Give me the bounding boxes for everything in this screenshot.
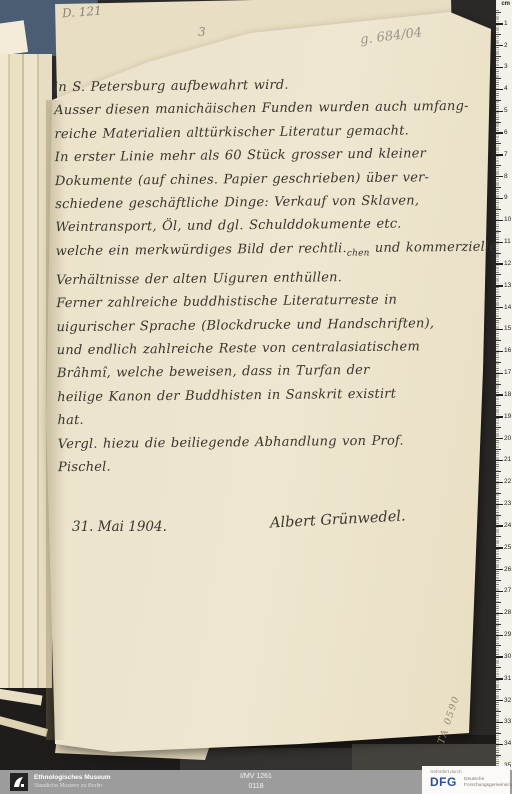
ruler-tick-cm [496,460,503,461]
ruler-number: 2 [504,42,508,49]
ruler-tick-half [496,645,501,646]
ruler-tick-half [496,427,501,428]
ruler-tick-half [496,733,501,734]
ruler-unit-label: cm [501,1,510,7]
ruler-tick-cm [496,416,503,417]
ruler-tick-cm [496,613,503,614]
ruler-tick-half [496,231,501,232]
ruler-number: 23 [504,500,511,507]
ruler-number: 28 [504,609,511,616]
ruler-tick-half [496,143,501,144]
inserted-word: chen [347,248,370,258]
ruler-tick-cm [496,591,503,592]
ruler-tick-cm [496,89,503,90]
ruler-number: 7 [504,151,508,158]
dfg-acronym: DFG [430,775,457,789]
ruler-tick-half [496,274,501,275]
dfg-funded-by-label: Gefördert durch [430,769,462,774]
dfg-logo: Gefördert durch DFG Deutsche Forschungsg… [422,766,510,794]
ruler-tick-cm [496,678,503,679]
ruler-tick-cm [496,176,503,177]
ruler-number: 12 [504,260,511,267]
ruler-tick-cm [496,307,503,308]
ruler-number: 15 [504,325,511,332]
ruler-tick-half [496,667,501,668]
ruler-tick-half [496,209,501,210]
ruler-number: 17 [504,369,511,376]
ruler-tick-cm [496,482,503,483]
dfg-name-line1: Deutsche [464,777,484,782]
letter-line-with-insertion: welche ein merkwürdiges Bild der rechtli… [56,236,470,269]
ruler-tick-half [496,493,501,494]
ruler-tick-half [496,12,501,13]
ruler-number: 19 [504,413,511,420]
ruler-tick-half [496,471,501,472]
letter-date: 31. Mai 1904. [72,519,167,535]
ruler-number: 6 [504,129,508,136]
ruler-tick-half [496,362,501,363]
ruler-tick-cm [496,263,503,264]
letter-line: und endlich zahlreiche Reste von central… [57,335,471,363]
document-scan: D. 121 3 g. 684/04 in S. Petersburg aufb… [0,0,512,794]
ruler-number: 24 [504,522,511,529]
ruler-number: 32 [504,697,511,704]
ruler-tick-half [496,536,501,537]
ruler-number: 33 [504,718,511,725]
ruler-tick-cm [496,132,503,133]
dfg-full-name: Deutsche Forschungsgemeinschaft [464,777,512,788]
ruler-tick-half [496,580,501,581]
ruler-tick-half [496,56,501,57]
ruler-tick-cm [496,285,503,286]
ruler-tick-half [496,515,501,516]
letter-line: schiedene geschäftliche Dinge: Verkauf v… [55,189,469,217]
ruler-tick-cm [496,220,503,221]
ruler-number: 20 [504,435,511,442]
ruler-tick-cm [496,744,503,745]
ruler-tick-cm [496,722,503,723]
ruler-tick-half [496,624,501,625]
ruler-number: 8 [504,173,508,180]
ruler-tick-cm [496,198,503,199]
ruler-tick-cm [496,242,503,243]
ruler-number: 29 [504,631,511,638]
ruler-number: 3 [504,63,508,70]
ruler-tick-half [496,100,501,101]
ruler-tick-cm [496,45,503,46]
ruler-tick-cm [496,154,503,155]
ruler-tick-half [496,689,501,690]
ruler-tick-cm [496,438,503,439]
ruler-number: 4 [504,85,508,92]
ruler-number: 21 [504,456,511,463]
ruler-number: 11 [504,238,511,245]
ruler-number: 10 [504,216,511,223]
ruler-tick-half [496,253,501,254]
ruler-tick-cm [496,329,503,330]
ruler-number: 30 [504,653,511,660]
ruler-number: 34 [504,740,511,747]
ruler-tick-half [496,187,501,188]
ruler-tick-cm [496,635,503,636]
footer-bar: Ethnologisches Museum Staatliche Museen … [0,770,512,794]
ruler-number: 26 [504,566,511,573]
letter-body: in S. Petersburg aufbewahrt wird. Ausser… [54,72,472,480]
ruler-tick-half [496,296,501,297]
ruler-number: 25 [504,544,511,551]
ruler-tick-cm [496,504,503,505]
ruler-tick-half [496,711,501,712]
ruler-tick-half [496,755,501,756]
ruler-tick-half [496,122,501,123]
ruler-number: 16 [504,347,511,354]
ruler-number: 22 [504,478,511,485]
ruler-tick-cm [496,373,503,374]
ruler-tick-cm [496,394,503,395]
ruler-tick-half [496,165,501,166]
ruler-number: 13 [504,282,511,289]
letter-line-text: und kommerziellen [369,239,505,255]
ruler-tick-cm [496,111,503,112]
ruler-tick-cm [496,525,503,526]
ruler-tick-half [496,405,501,406]
letter-line-text: welche ein merkwürdiges Bild der rechtli… [56,241,347,259]
dfg-name-line2: Forschungsgemeinschaft [464,783,512,788]
ruler-tick-half [496,384,501,385]
ruler-tick-half [496,449,501,450]
ruler-tick-half [496,34,501,35]
ruler-tick-cm [496,547,503,548]
ruler-scale: cm 1234567891011121314151617181920212223… [496,0,512,770]
ruler-number: 14 [504,304,511,311]
ruler-tick-cm [496,700,503,701]
ruler-number: 5 [504,107,508,114]
ruler-number: 18 [504,391,511,398]
ruler-number: 9 [504,194,508,201]
ruler-tick-cm [496,67,503,68]
pencil-page-number: 3 [198,25,206,39]
ruler-tick-half [496,558,501,559]
ruler-tick-half [496,602,501,603]
ruler-tick-half [496,340,501,341]
ruler-tick-half [496,78,501,79]
ruler-tick-cm [496,569,503,570]
ruler-tick-half [496,318,501,319]
ruler-number: 27 [504,587,511,594]
ruler-tick-cm [496,351,503,352]
ruler-tick-cm [496,656,503,657]
ruler-number: 1 [504,20,508,27]
letter-line: Pischel. [58,452,472,480]
ruler-tick-cm [496,23,503,24]
ruler-number: 31 [504,675,511,682]
